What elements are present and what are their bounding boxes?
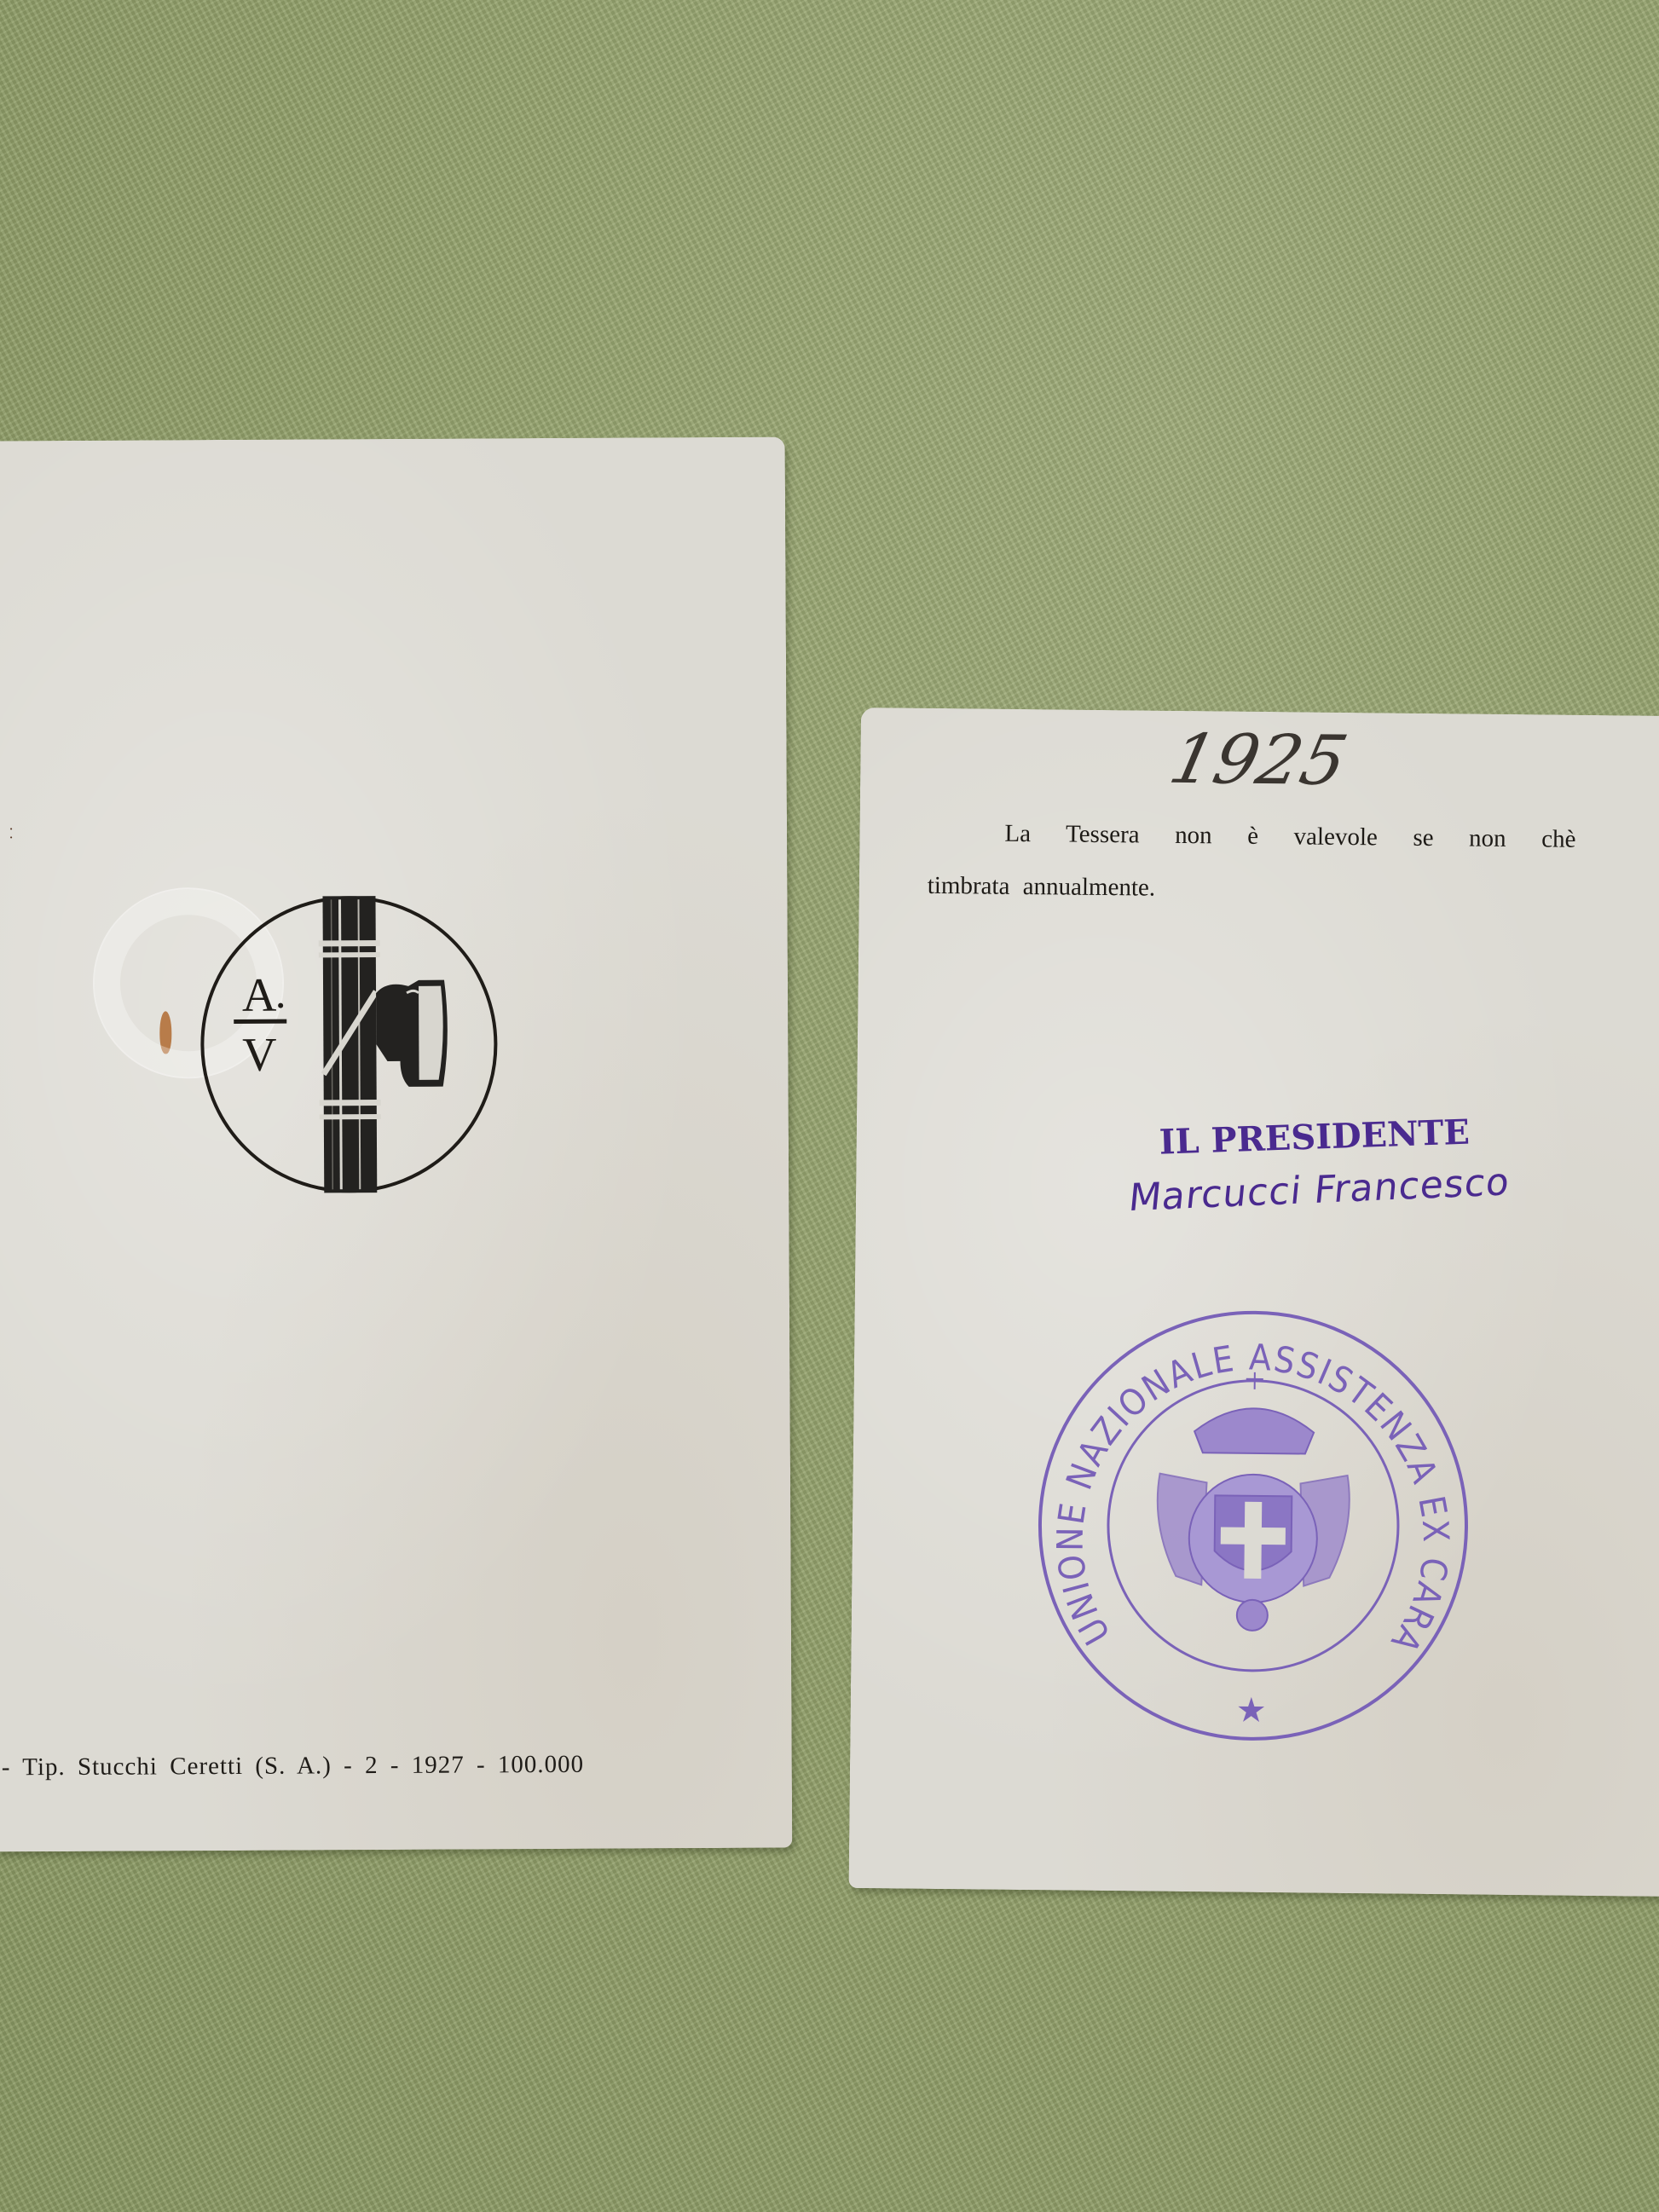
monogram-top: A: [242, 969, 277, 1022]
president-stamp-title: IL PRESIDENTE: [1159, 1112, 1471, 1163]
coat-of-arms-icon: [1156, 1372, 1350, 1632]
ink-dots: ··: [9, 824, 14, 841]
president-stamp-name: Marcucci Francesco: [1127, 1160, 1512, 1220]
right-card: 1925 La Tessera non è valevole se non ch…: [848, 707, 1659, 1897]
official-seal-icon: UNIONE NAZIONALE ASSISTENZA EX CARABINIE…: [1029, 1302, 1477, 1749]
notice-line-1: La Tessera non è valevole se non chè: [928, 806, 1576, 866]
monogram-bottom: V: [242, 1029, 277, 1082]
seal-star: ★: [1236, 1691, 1267, 1730]
validity-notice: La Tessera non è valevole se non chè tim…: [927, 806, 1575, 919]
fasces-emblem-icon: A V: [194, 890, 503, 1198]
notice-line-2: timbrata annualmente.: [927, 859, 1575, 919]
left-card: ·· A V - Tip. Stucchi Ceretti (S. A.) - …: [0, 437, 792, 1852]
printer-imprint: - Tip. Stucchi Ceretti (S. A.) - 2 - 192…: [2, 1751, 584, 1782]
handwritten-year: 1925: [1163, 719, 1354, 800]
